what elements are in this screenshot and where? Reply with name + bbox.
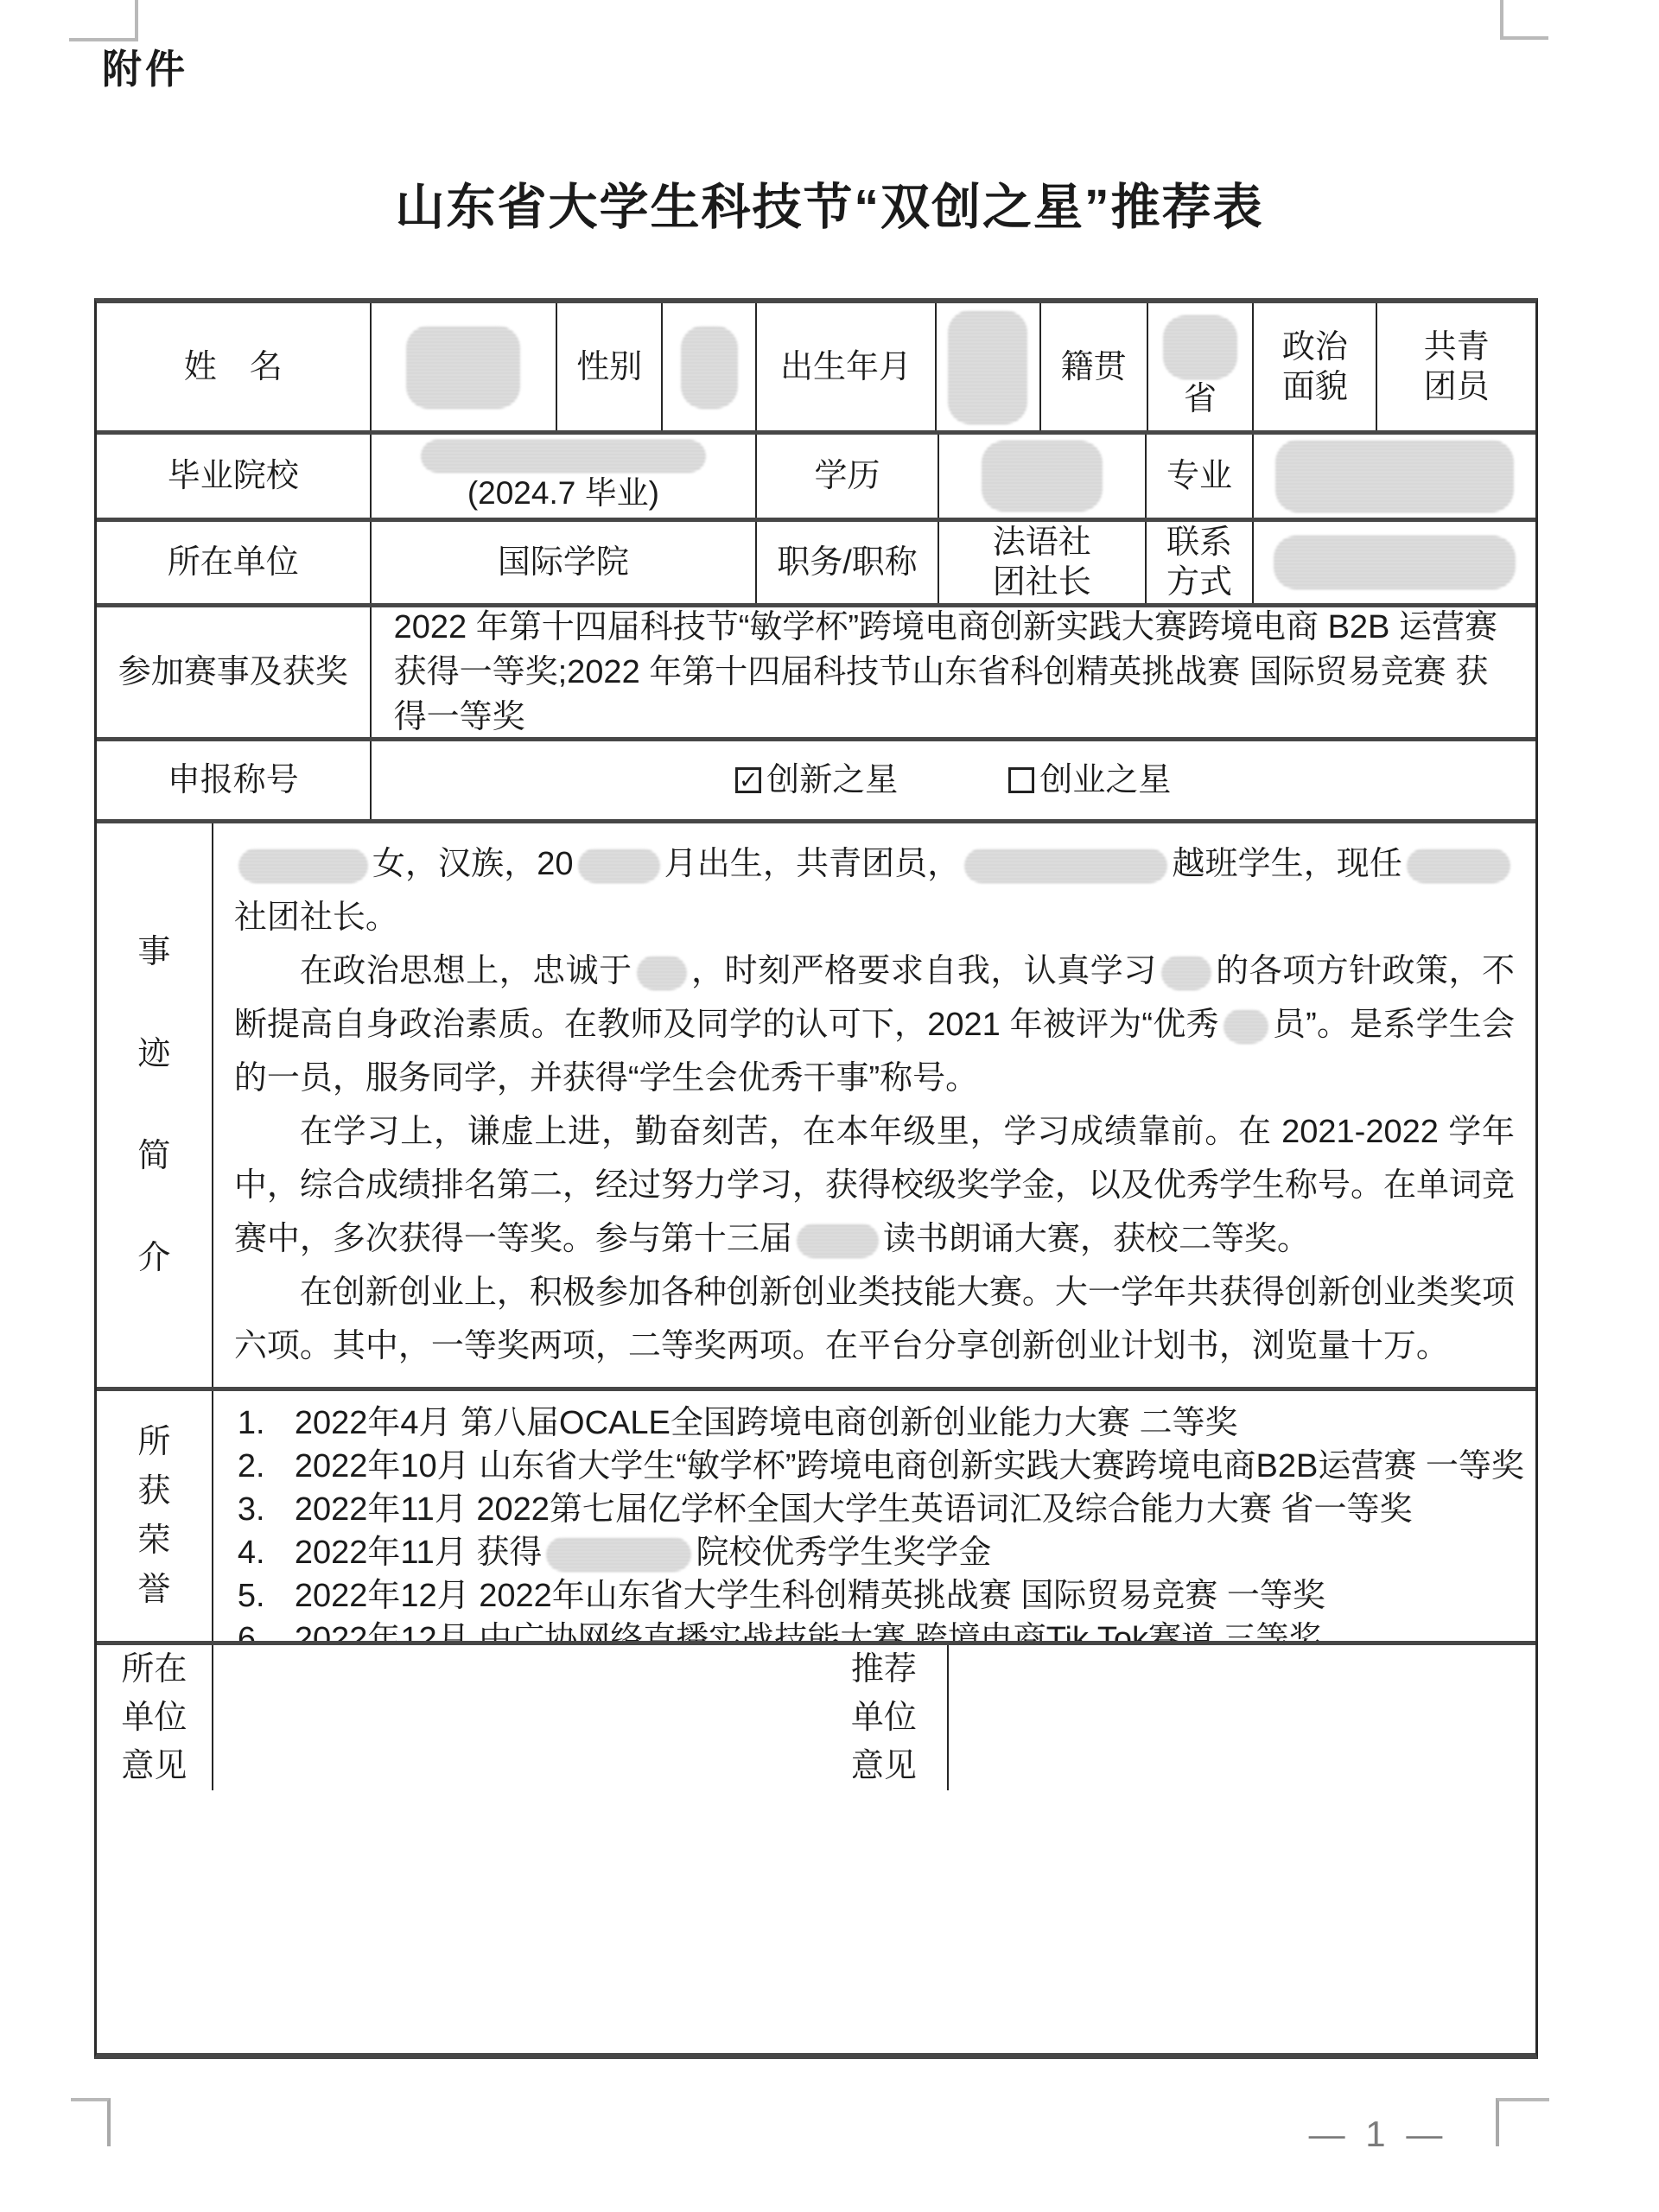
recommending-unit-opinion-label: 推荐 单位 意见 xyxy=(821,1645,949,1790)
position-value: 法语社 团社长 xyxy=(939,522,1147,603)
table-row-basic-info: 姓 名 性别 出生年月 籍贯 省 政治 面貌 共青 团员 xyxy=(97,303,1535,435)
bio-paragraph: 在学习上，谦虚上进，勤奋刻苦，在本年级里，学习成绩靠前。在 2021-2022 … xyxy=(234,1105,1515,1266)
page-title: 山东省大学生科技节“双创之星”推荐表 xyxy=(0,168,1659,238)
contact-label: 联系 方式 xyxy=(1147,522,1255,603)
redacted-gender xyxy=(681,326,738,409)
bio-content: 女，汉族，20月出生，共青团员，越班学生，现任社团社长。在政治思想上，忠诚于，时… xyxy=(213,823,1535,1387)
crop-mark-top-left xyxy=(69,0,138,41)
major-label: 专业 xyxy=(1147,435,1255,518)
redacted-text xyxy=(238,849,368,883)
table-row-declared-title: 申报称号 ✓ 创新之星 创业之星 xyxy=(97,741,1535,823)
honor-item-number: 2. xyxy=(238,1445,295,1488)
option-entrepreneurship-star: 创业之星 xyxy=(1008,760,1171,800)
honor-item-number: 3. xyxy=(238,1488,295,1531)
graduation-date-note: (2024.7 毕业) xyxy=(467,474,659,512)
political-status-value: 共青 团员 xyxy=(1377,303,1535,430)
competitions-value: 2022 年第十四届科技节“敏学杯”跨境电商创新实践大赛跨境电商 B2B 运营赛… xyxy=(372,607,1535,737)
honor-item-number: 5. xyxy=(238,1574,295,1618)
contact-value xyxy=(1254,522,1535,603)
honors-section-label: 所 获 荣 誉 xyxy=(97,1391,213,1641)
birth-date-value xyxy=(937,303,1041,430)
redacted-text xyxy=(964,849,1167,883)
redacted-text xyxy=(1407,849,1510,883)
redacted-native-place xyxy=(1163,315,1237,379)
table-row-honors: 所 获 荣 誉 1.2022年4月 第八届OCALE全国跨境电商创新创业能力大赛… xyxy=(97,1391,1535,1645)
major-value xyxy=(1254,435,1535,518)
honor-list-item: 5.2022年12月 2022年山东省大学生科创精英挑战赛 国际贸易竞赛 一等奖 xyxy=(238,1574,1518,1618)
bio-paragraph: 在政治思想上，忠诚于，时刻严格要求自我，认真学习的各项方针政策，不断提高自身政治… xyxy=(234,944,1515,1105)
attachment-label: 附件 xyxy=(102,38,188,95)
work-unit-value: 国际学院 xyxy=(372,522,757,603)
redacted-text xyxy=(546,1537,691,1572)
work-unit-label: 所在单位 xyxy=(97,522,372,603)
checkbox-innovation-star-icon: ✓ xyxy=(735,767,761,793)
honors-content: 1.2022年4月 第八届OCALE全国跨境电商创新创业能力大赛 二等奖2.20… xyxy=(213,1391,1535,1641)
honor-list-item: 3.2022年11月 2022第七届亿学杯全国大学生英语词汇及综合能力大赛 省一… xyxy=(238,1488,1518,1531)
graduation-school-value: (2024.7 毕业) xyxy=(372,435,757,518)
option-innovation-star: ✓ 创新之星 xyxy=(735,760,898,800)
honor-item-number: 4. xyxy=(238,1531,295,1574)
page-number: — 1 — xyxy=(1257,2113,1499,2155)
redacted-major xyxy=(1275,440,1514,512)
honor-item-number: 6. xyxy=(238,1618,295,1641)
redacted-name xyxy=(406,326,520,409)
name-label: 姓 名 xyxy=(97,303,372,430)
native-place-suffix: 省 xyxy=(1184,379,1217,419)
gender-value xyxy=(663,303,757,430)
option-innovation-star-label: 创新之星 xyxy=(766,760,898,800)
name-value xyxy=(372,303,558,430)
checkbox-entrepreneurship-star-icon xyxy=(1008,767,1034,793)
honor-item-number: 1. xyxy=(238,1402,295,1445)
redacted-school-name xyxy=(421,440,706,473)
bio-paragraph: 在创新创业上，积极参加各种创新创业类技能大赛。大一学年共获得创新创业类奖项六项。… xyxy=(234,1266,1515,1373)
table-row-unit: 所在单位 国际学院 职务/职称 法语社 团社长 联系 方式 xyxy=(97,522,1535,607)
redacted-contact xyxy=(1274,536,1516,589)
recommendation-table: 姓 名 性别 出生年月 籍贯 省 政治 面貌 共青 团员 毕业院校 (2024.… xyxy=(94,298,1538,2059)
honor-list-item: 4.2022年11月 获得院校优秀学生奖学金 xyxy=(238,1531,1518,1574)
declared-title-value: ✓ 创新之星 创业之星 xyxy=(372,741,1535,819)
degree-label: 学历 xyxy=(757,435,939,518)
redacted-birth-date xyxy=(948,310,1027,424)
unit-opinion-label: 所在 单位 意见 xyxy=(97,1645,213,1790)
crop-mark-bottom-right xyxy=(1496,2098,1549,2146)
competitions-label: 参加赛事及获奖 xyxy=(97,607,372,737)
gender-label: 性别 xyxy=(557,303,663,430)
native-place-value: 省 xyxy=(1148,303,1255,430)
document-page: 附件 山东省大学生科技节“双创之星”推荐表 姓 名 性别 出生年月 籍贯 省 政… xyxy=(0,0,1659,2212)
honor-list-item: 6.2022年12月 中广协网络直播实战技能大赛 跨境电商Tik Tok赛道 三… xyxy=(238,1618,1518,1641)
table-row-bio: 事 迹 简 介 女，汉族，20月出生，共青团员，越班学生，现任社团社长。在政治思… xyxy=(97,823,1535,1391)
redacted-text xyxy=(797,1224,879,1258)
honor-list-item: 1.2022年4月 第八届OCALE全国跨境电商创新创业能力大赛 二等奖 xyxy=(238,1402,1518,1445)
table-row-competitions: 参加赛事及获奖 2022 年第十四届科技节“敏学杯”跨境电商创新实践大赛跨境电商… xyxy=(97,607,1535,741)
birth-date-label: 出生年月 xyxy=(757,303,937,430)
redacted-text xyxy=(578,849,660,883)
option-entrepreneurship-star-label: 创业之星 xyxy=(1039,760,1171,800)
redacted-text xyxy=(1224,1009,1268,1044)
table-row-opinions: 所在 单位 意见 单位盖章 年 月 日 推荐 单位 意见 单位盖章 年 月 日 xyxy=(97,1645,1535,1790)
bio-section-label: 事 迹 简 介 xyxy=(97,823,213,1387)
bio-paragraph: 女，汉族，20月出生，共青团员，越班学生，现任社团社长。 xyxy=(234,837,1515,944)
degree-value xyxy=(939,435,1147,518)
graduation-school-label: 毕业院校 xyxy=(97,435,372,518)
honor-list-item: 2.2022年10月 山东省大学生“敏学杯”跨境电商创新实践大赛跨境电商B2B运… xyxy=(238,1445,1518,1488)
redacted-text xyxy=(1161,956,1211,990)
table-row-school: 毕业院校 (2024.7 毕业) 学历 专业 xyxy=(97,435,1535,522)
political-status-label: 政治 面貌 xyxy=(1254,303,1377,430)
redacted-degree xyxy=(982,441,1103,512)
position-label: 职务/职称 xyxy=(757,522,939,603)
native-place-label: 籍贯 xyxy=(1041,303,1148,430)
redacted-text xyxy=(637,956,687,990)
crop-mark-top-right xyxy=(1500,0,1548,40)
declared-title-label: 申报称号 xyxy=(97,741,372,819)
crop-mark-bottom-left xyxy=(71,2098,111,2146)
